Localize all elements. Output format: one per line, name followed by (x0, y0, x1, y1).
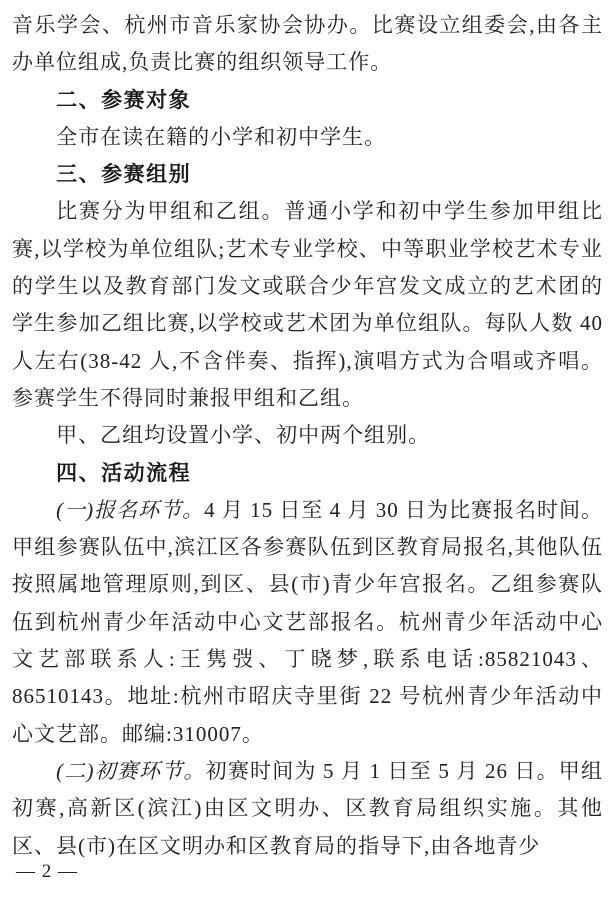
section-heading: 四、活动流程 (12, 455, 603, 492)
paragraph: (二)初赛环节。初赛时间为 5 月 1 日至 5 月 26 日。甲组初赛,高新区… (12, 753, 603, 865)
paragraph-lead: (一)报名环节。 (56, 498, 204, 522)
paragraph: 甲、乙组均设置小学、初中两个组别。 (12, 417, 603, 454)
section-heading: 三、参赛组别 (12, 156, 603, 193)
document-page: 音乐学会、杭州市音乐家协会协办。比赛设立组委会,由各主办单位组成,负责比赛的组织… (0, 0, 614, 901)
paragraph: 比赛分为甲组和乙组。普通小学和初中学生参加甲组比赛,以学校为单位组队;艺术专业学… (12, 193, 603, 417)
paragraph: 全市在读在籍的小学和初中学生。 (12, 119, 603, 156)
paragraph: 音乐学会、杭州市音乐家协会协办。比赛设立组委会,由各主办单位组成,负责比赛的组织… (12, 7, 603, 82)
page-number: — 2 — (16, 858, 78, 886)
section-heading: 二、参赛对象 (12, 82, 603, 119)
paragraph-lead: (二)初赛环节。 (56, 759, 206, 783)
document-body: 音乐学会、杭州市音乐家协会协办。比赛设立组委会,由各主办单位组成,负责比赛的组织… (12, 7, 603, 865)
paragraph: (一)报名环节。4 月 15 日至 4 月 30 日为比赛报名时间。甲组参赛队伍… (12, 492, 603, 753)
